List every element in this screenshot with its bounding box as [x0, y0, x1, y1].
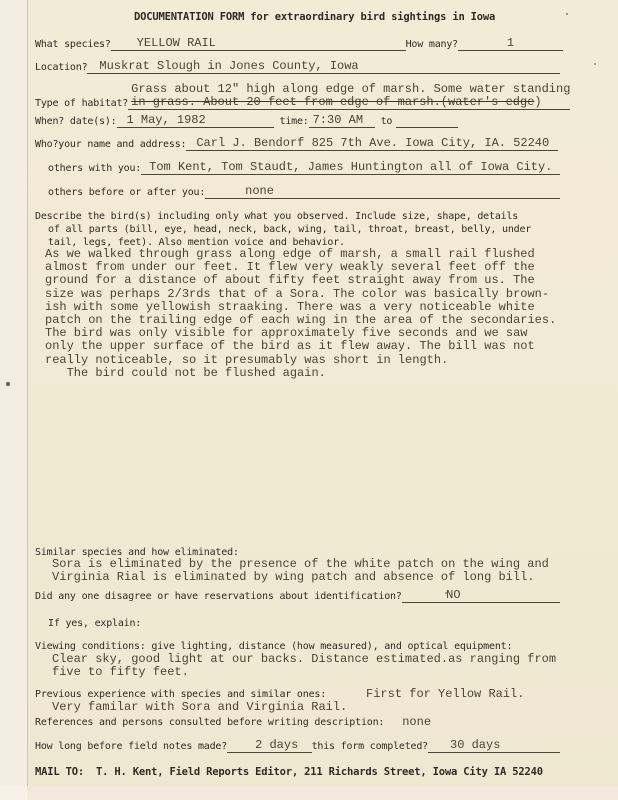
- disagree-value: NO: [402, 589, 560, 603]
- time-value: 7:30 AM: [309, 114, 375, 128]
- field-row-who: Who?your name and address: Carl J. Bendo…: [35, 137, 558, 151]
- time-to-value: [396, 114, 458, 128]
- describe-prompt-line1: Describe the bird(s) including only what…: [35, 210, 531, 223]
- field-notes-label: How long before field notes made?: [35, 740, 227, 753]
- form-completed-label: this form completed?: [312, 740, 428, 753]
- description-line: ground for a distance of about fifty fee…: [45, 274, 556, 287]
- viewing-line2: five to fifty feet.: [52, 666, 556, 679]
- how-many-value: 1: [458, 37, 563, 51]
- disagree-label: Did any one disagree or have reservation…: [35, 590, 402, 603]
- field-row-references: References and persons consulted before …: [35, 716, 431, 729]
- field-row-species: What species? YELLOW RAIL How many? 1: [35, 37, 563, 51]
- viewing-conditions-answer: Clear sky, good light at our backs. Dist…: [52, 653, 556, 679]
- if-yes-label: If yes, explain:: [48, 617, 141, 630]
- bird-description: As we walked through grass along edge of…: [45, 248, 556, 380]
- field-row-notes-timing: How long before field notes made? 2 days…: [35, 739, 560, 753]
- species-value: YELLOW RAIL: [111, 37, 406, 51]
- when-label: When? date(s):: [35, 115, 117, 128]
- habitat-struck-text: in grass. About 20 feet from edge of mar…: [131, 95, 534, 109]
- bottom-left-corner-patch: [0, 786, 27, 800]
- previous-experience-line2: Very familar with Sora and Virginia Rail…: [52, 701, 347, 714]
- form-completed-value: 30 days: [428, 739, 560, 753]
- field-row-disagree: Did any one disagree or have reservation…: [35, 589, 560, 603]
- left-margin-strip: [0, 0, 27, 786]
- mail-to-value: T. H. Kent, Field Reports Editor, 211 Ri…: [84, 766, 543, 779]
- field-row-others-with: others with you: Tom Kent, Tom Staudt, J…: [48, 161, 560, 175]
- field-notes-value: 2 days: [227, 739, 312, 753]
- others-before-value: none: [205, 185, 560, 199]
- habitat-value-line2: in grass. About 20 feet from edge of mar…: [131, 96, 570, 109]
- references-value: none: [384, 716, 431, 729]
- mail-to-row: MAIL TO: T. H. Kent, Field Reports Edito…: [35, 766, 543, 779]
- date-value: 1 May, 1982: [117, 114, 274, 128]
- similar-species-answer: Sora is eliminated by the presence of th…: [52, 558, 549, 584]
- scan-speck: [6, 382, 10, 386]
- describe-prompt: Describe the bird(s) including only what…: [35, 210, 531, 249]
- scan-speck: [594, 63, 596, 65]
- to-label: to: [375, 115, 397, 128]
- field-row-habitat: Type of habitat? Grass about 12" high al…: [35, 83, 560, 110]
- field-row-when: When? date(s): 1 May, 1982 time: 7:30 AM…: [35, 114, 458, 128]
- scan-speck: [566, 13, 568, 15]
- description-line: size was perhaps 2/3rds that of a Sora. …: [45, 288, 556, 301]
- description-line: The bird could not be flushed again.: [45, 367, 556, 380]
- previous-experience-value: First for Yellow Rail.: [326, 688, 524, 701]
- others-with-label: others with you:: [48, 162, 141, 175]
- others-with-value: Tom Kent, Tom Staudt, James Huntington a…: [141, 161, 560, 175]
- description-line: only the upper surface of the bird as it…: [45, 340, 556, 353]
- form-title: DOCUMENTATION FORM for extraordinary bir…: [134, 11, 495, 24]
- location-value: Muskrat Slough in Jones County, Iowa: [87, 60, 560, 74]
- paper-edge-line: [27, 0, 28, 786]
- references-label: References and persons consulted before …: [35, 716, 384, 729]
- field-row-location: Location? Muskrat Slough in Jones County…: [35, 60, 560, 74]
- habitat-label: Type of habitat?: [35, 97, 128, 110]
- similar-species-line2: Virginia Rial is eliminated by wing patc…: [52, 571, 549, 584]
- who-label: Who?your name and address:: [35, 138, 186, 151]
- others-before-label: others before or after you:: [48, 186, 205, 199]
- habitat-value: Grass about 12" high along edge of marsh…: [128, 83, 570, 110]
- describe-prompt-line2: of all parts (bill, eye, head, neck, bac…: [35, 223, 531, 236]
- mail-to-label: MAIL TO:: [35, 766, 84, 779]
- time-label: time:: [274, 115, 309, 128]
- habitat-struck-tail: ): [534, 95, 541, 109]
- bottom-scan-strip: [0, 786, 618, 800]
- location-label: Location?: [35, 61, 87, 74]
- species-label: What species?: [35, 38, 111, 51]
- how-many-label: How many?: [406, 38, 458, 51]
- description-line: really noticeable, so it presumably was …: [45, 354, 556, 367]
- who-value: Carl J. Bendorf 825 7th Ave. Iowa City, …: [186, 137, 558, 151]
- field-row-others-before: others before or after you: none: [48, 185, 560, 199]
- scanned-form-page: DOCUMENTATION FORM for extraordinary bir…: [0, 0, 618, 800]
